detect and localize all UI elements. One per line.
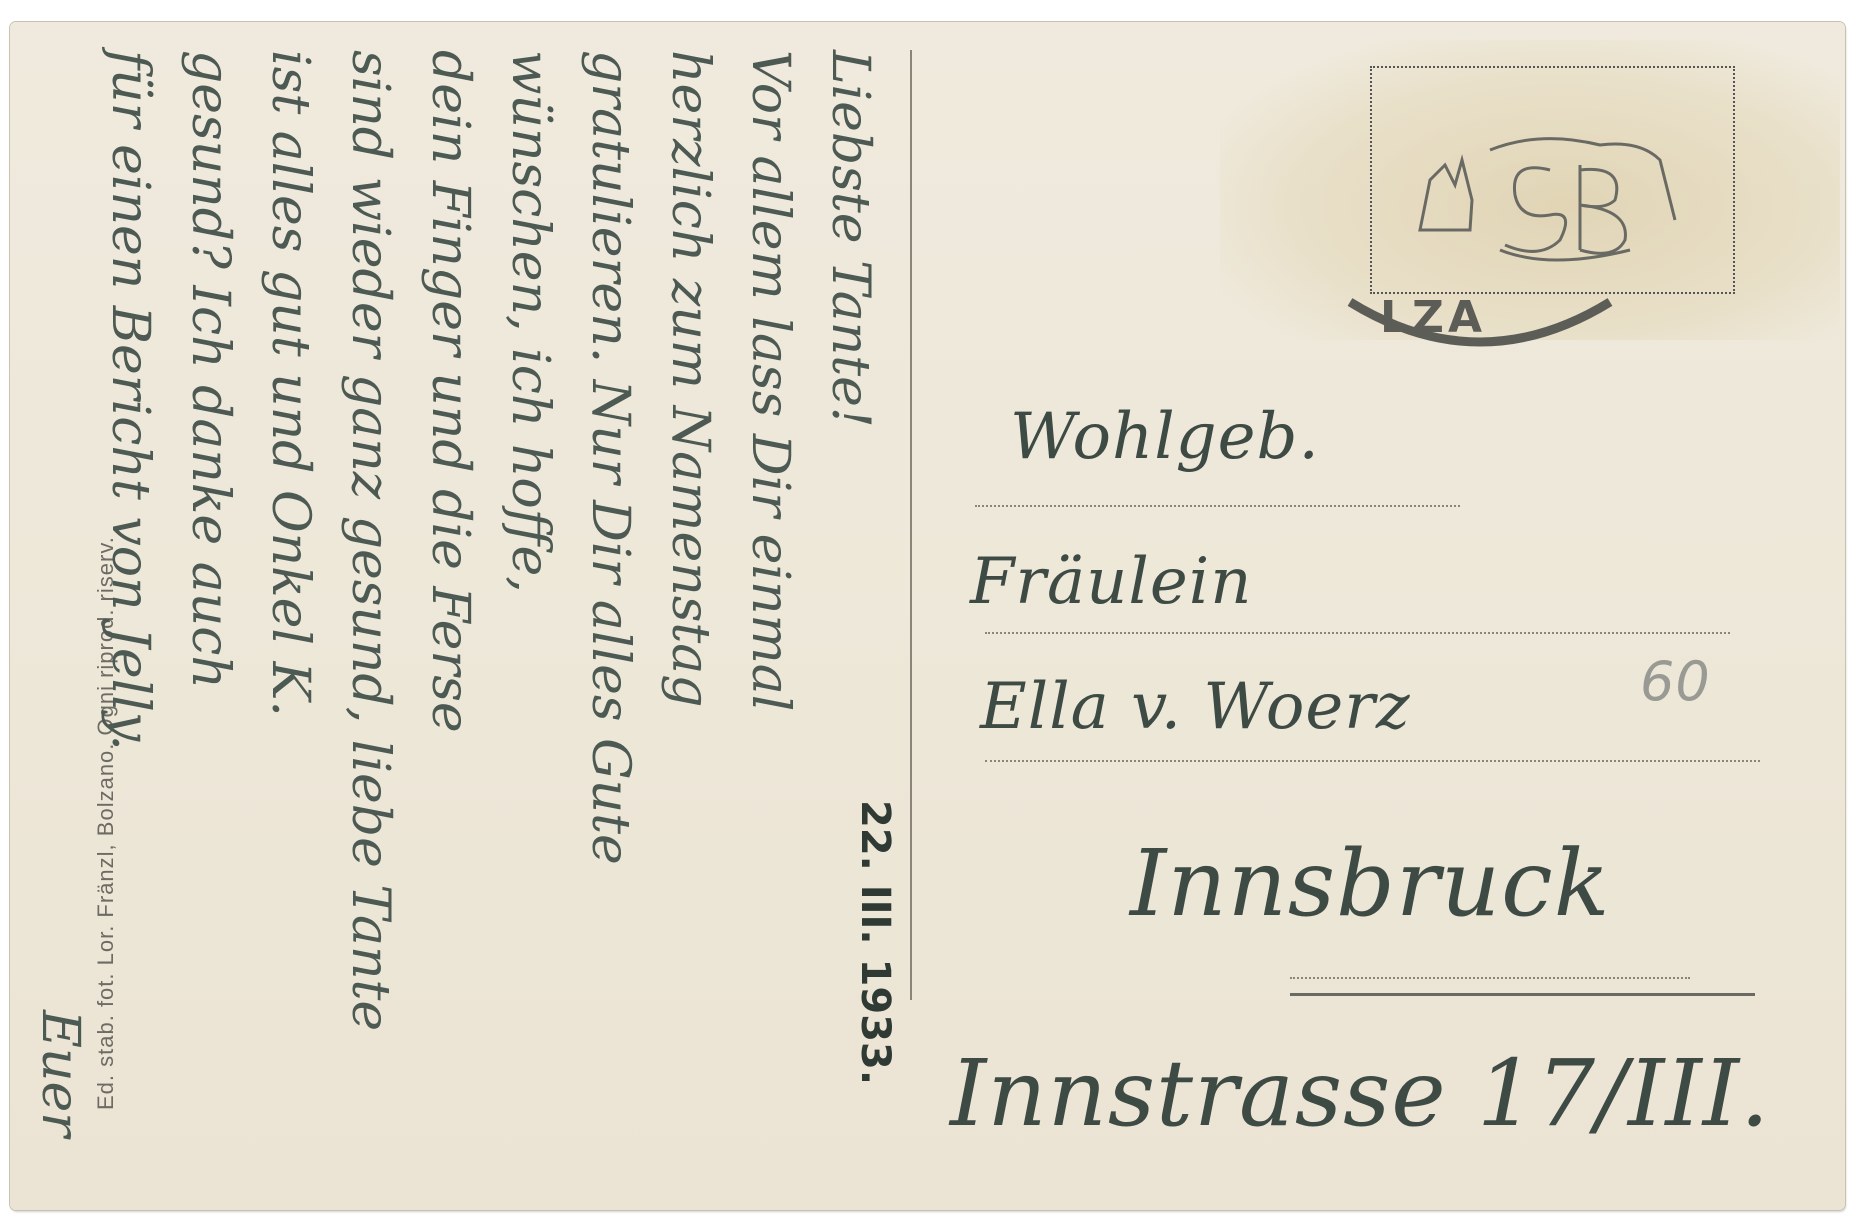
message-line: herzlich zum Namenstag [660,50,720,708]
pencil-note: 60 [1640,650,1711,713]
address-salutation: Wohlgeb. [1010,400,1320,474]
address-name: Ella v. Woerz [980,670,1411,744]
address-line-rule [985,760,1760,762]
postmark-icon: LZA [1340,262,1620,372]
message-line: gesund? Ich danke auch [180,50,240,689]
message-line: Liebste Tante! [820,50,880,428]
address-line-rule [985,632,1730,634]
message-area: Liebste Tante! Vor allem lass Dir einmal… [30,50,880,1180]
address-line-rule [975,505,1460,507]
date-written: 22. III. 1933. [852,800,898,1085]
message-line: für einen Bericht von Jelly. [100,50,160,751]
message-line: sind wieder ganz gesund, liebe Tante [340,50,400,1031]
address-city: Innsbruck [1130,830,1610,937]
message-line: dein Finger und die Ferse [420,50,480,733]
address-line-rule [1290,977,1690,979]
message-line: wünschen, ich hoffe, [500,50,560,593]
postmark-fragment: LZA [1380,292,1486,343]
address-title: Fräulein [970,545,1252,619]
message-line: ist alles gut und Onkel K. [260,50,320,717]
monogram-cachet-icon [1400,110,1700,280]
message-line: gratulieren. Nur Dir alles Gute [580,50,640,865]
address-city-underline [1290,993,1755,996]
message-signature: Euer [30,1010,90,1137]
center-divider-line [910,50,912,1000]
address-street: Innstrasse 17/III. [950,1040,1770,1147]
message-line: Vor allem lass Dir einmal [740,50,800,711]
